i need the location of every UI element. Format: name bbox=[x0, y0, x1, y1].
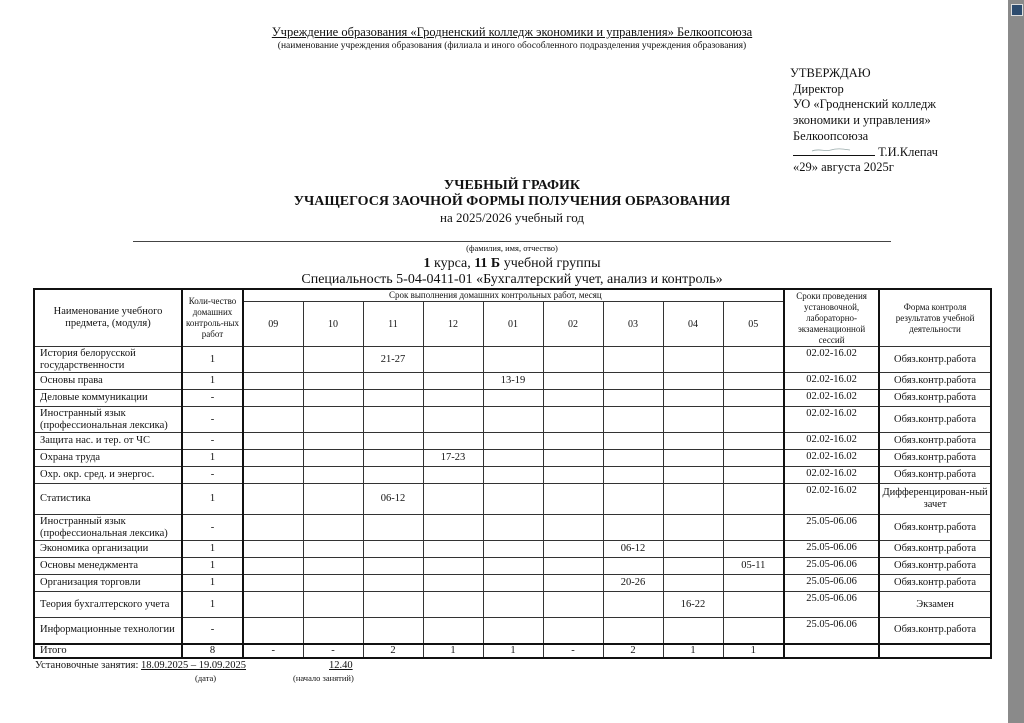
cell-month bbox=[663, 558, 723, 575]
cell-month bbox=[423, 484, 483, 515]
cell-month bbox=[303, 407, 363, 433]
header-month: 03 bbox=[603, 302, 663, 347]
header-month: 01 bbox=[483, 302, 543, 347]
cell-month bbox=[363, 515, 423, 541]
cell-session: 02.02-16.02 bbox=[784, 433, 879, 450]
cell-form: Обяз.контр.работа bbox=[879, 433, 991, 450]
cell-month bbox=[303, 575, 363, 592]
document-title: УЧЕБНЫЙ ГРАФИК УЧАЩЕГОСЯ ЗАОЧНОЙ ФОРМЫ П… bbox=[0, 178, 1024, 226]
cell-month bbox=[543, 592, 603, 618]
cell-month bbox=[423, 618, 483, 644]
cell-month bbox=[423, 347, 483, 373]
approval-date: «29» августа 2025г bbox=[790, 160, 938, 176]
cell-month bbox=[723, 575, 784, 592]
footer-dates-caption: (дата) bbox=[195, 673, 216, 683]
cell-count: 1 bbox=[182, 484, 243, 515]
cell-month bbox=[603, 467, 663, 484]
cell-month bbox=[243, 467, 303, 484]
approval-position: Директор bbox=[790, 82, 938, 98]
cell-month bbox=[723, 433, 784, 450]
cell-session: 02.02-16.02 bbox=[784, 450, 879, 467]
cell-session bbox=[784, 644, 879, 658]
cell-count: - bbox=[182, 407, 243, 433]
cell-month bbox=[423, 575, 483, 592]
header-month: 09 bbox=[243, 302, 303, 347]
cell-month: 1 bbox=[423, 644, 483, 658]
cell-month bbox=[303, 484, 363, 515]
cell-month: 20-26 bbox=[603, 575, 663, 592]
cell-count: - bbox=[182, 433, 243, 450]
course-group-line: 1 курса, 11 Б учебной группы bbox=[0, 256, 1024, 272]
cell-month bbox=[723, 390, 784, 407]
cell-month bbox=[423, 373, 483, 390]
cell-month bbox=[483, 575, 543, 592]
cell-month bbox=[423, 558, 483, 575]
cell-month: 13-19 bbox=[483, 373, 543, 390]
cell-month bbox=[543, 515, 603, 541]
cell-month bbox=[243, 592, 303, 618]
cell-subject: Защита нас. и тер. от ЧС bbox=[34, 433, 182, 450]
cell-month bbox=[603, 592, 663, 618]
cell-form: Обяз.контр.работа bbox=[879, 347, 991, 373]
cell-session: 02.02-16.02 bbox=[784, 484, 879, 515]
cell-month bbox=[723, 347, 784, 373]
cell-count: - bbox=[182, 515, 243, 541]
scanner-logo-icon bbox=[1011, 4, 1023, 16]
cell-session: 25.05-06.06 bbox=[784, 575, 879, 592]
cell-count: 1 bbox=[182, 373, 243, 390]
table-row: Экономика организации106-1225.05-06.06Об… bbox=[34, 541, 991, 558]
title-line2: УЧАЩЕГОСЯ ЗАОЧНОЙ ФОРМЫ ПОЛУЧЕНИЯ ОБРАЗО… bbox=[0, 194, 1024, 210]
approval-org-line3: Белкоопсоюза bbox=[790, 129, 938, 145]
cell-month bbox=[603, 484, 663, 515]
cell-month bbox=[543, 618, 603, 644]
schedule-table: Наименование учебного предмета, (модуля)… bbox=[33, 288, 992, 659]
cell-form: Обяз.контр.работа bbox=[879, 541, 991, 558]
cell-subject: Организация торговли bbox=[34, 575, 182, 592]
cell-form: Обяз.контр.работа bbox=[879, 618, 991, 644]
cell-count: 1 bbox=[182, 347, 243, 373]
cell-month: - bbox=[243, 644, 303, 658]
cell-month bbox=[483, 541, 543, 558]
course-text: курса, bbox=[431, 256, 475, 271]
cell-subject: Итого bbox=[34, 644, 182, 658]
cell-month bbox=[483, 347, 543, 373]
signature-scribble-icon bbox=[811, 147, 851, 153]
cell-month bbox=[303, 515, 363, 541]
table-row: Организация торговли120-2625.05-06.06Обя… bbox=[34, 575, 991, 592]
footer-dates: 18.09.2025 – 19.09.2025 bbox=[141, 660, 246, 671]
table-row: Информационные технологии-25.05-06.06Обя… bbox=[34, 618, 991, 644]
cell-month bbox=[543, 467, 603, 484]
header-subject: Наименование учебного предмета, (модуля) bbox=[34, 289, 182, 347]
cell-month: 06-12 bbox=[603, 541, 663, 558]
cell-form: Дифференцирован-ный зачет bbox=[879, 484, 991, 515]
cell-count: 8 bbox=[182, 644, 243, 658]
cell-month bbox=[363, 618, 423, 644]
table-row: Защита нас. и тер. от ЧС-02.02-16.02Обяз… bbox=[34, 433, 991, 450]
cell-month bbox=[363, 541, 423, 558]
header-session: Сроки проведения установочной, лаборатор… bbox=[784, 289, 879, 347]
cell-month bbox=[243, 373, 303, 390]
footer-start-time: 12.40 bbox=[329, 660, 353, 671]
cell-month bbox=[543, 407, 603, 433]
cell-month bbox=[303, 373, 363, 390]
cell-month bbox=[723, 450, 784, 467]
cell-subject: Теория бухгалтерского учета bbox=[34, 592, 182, 618]
cell-month bbox=[663, 433, 723, 450]
cell-month bbox=[363, 373, 423, 390]
cell-subject: Охрана труда bbox=[34, 450, 182, 467]
cell-form: Обяз.контр.работа bbox=[879, 407, 991, 433]
cell-month bbox=[603, 347, 663, 373]
scanner-side-strip bbox=[1008, 0, 1024, 723]
cell-subject: Экономика организации bbox=[34, 541, 182, 558]
cell-form: Экзамен bbox=[879, 592, 991, 618]
cell-month bbox=[483, 592, 543, 618]
cell-month bbox=[603, 618, 663, 644]
header-count: Коли-чество домашних контроль-ных работ bbox=[182, 289, 243, 347]
cell-month: 1 bbox=[723, 644, 784, 658]
cell-month bbox=[483, 467, 543, 484]
table-row: Основы права113-1902.02-16.02Обяз.контр.… bbox=[34, 373, 991, 390]
cell-month bbox=[363, 467, 423, 484]
cell-month: 17-23 bbox=[423, 450, 483, 467]
cell-form: Обяз.контр.работа bbox=[879, 373, 991, 390]
header-deadline-group: Срок выполнения домашних контрольных раб… bbox=[243, 289, 784, 302]
cell-month bbox=[723, 618, 784, 644]
cell-month bbox=[603, 373, 663, 390]
approval-org-line2: экономики и управления» bbox=[790, 113, 938, 129]
cell-month bbox=[303, 450, 363, 467]
footer-label: Установочные занятия: bbox=[35, 660, 141, 671]
cell-month bbox=[543, 433, 603, 450]
cell-month bbox=[483, 484, 543, 515]
cell-subject: Статистика bbox=[34, 484, 182, 515]
cell-month bbox=[663, 541, 723, 558]
cell-month bbox=[303, 541, 363, 558]
approval-org-line1: УО «Гродненский колледж bbox=[790, 97, 938, 113]
footer-start-caption: (начало занятий) bbox=[293, 673, 354, 683]
cell-subject: История белорусской государственности bbox=[34, 347, 182, 373]
cell-month bbox=[663, 467, 723, 484]
cell-session: 02.02-16.02 bbox=[784, 373, 879, 390]
cell-month bbox=[483, 515, 543, 541]
footer-setup-sessions: Установочные занятия: 18.09.2025 – 19.09… bbox=[35, 660, 246, 671]
cell-session: 02.02-16.02 bbox=[784, 390, 879, 407]
cell-form: Обяз.контр.работа bbox=[879, 467, 991, 484]
cell-month bbox=[303, 390, 363, 407]
cell-month: 21-27 bbox=[363, 347, 423, 373]
cell-count: 1 bbox=[182, 575, 243, 592]
header-month: 02 bbox=[543, 302, 603, 347]
cell-month bbox=[243, 433, 303, 450]
table-row: История белорусской государственности121… bbox=[34, 347, 991, 373]
cell-month bbox=[303, 592, 363, 618]
cell-session: 02.02-16.02 bbox=[784, 347, 879, 373]
table-row: Теория бухгалтерского учета116-2225.05-0… bbox=[34, 592, 991, 618]
cell-count: - bbox=[182, 618, 243, 644]
cell-month bbox=[663, 484, 723, 515]
cell-month bbox=[663, 515, 723, 541]
cell-month bbox=[483, 558, 543, 575]
organization-header: Учреждение образования «Гродненский колл… bbox=[0, 25, 1024, 51]
cell-session: 02.02-16.02 bbox=[784, 407, 879, 433]
cell-month: - bbox=[303, 644, 363, 658]
cell-subject: Информационные технологии bbox=[34, 618, 182, 644]
cell-form: Обяз.контр.работа bbox=[879, 558, 991, 575]
student-name-line bbox=[133, 241, 891, 242]
cell-subject: Деловые коммуникации bbox=[34, 390, 182, 407]
cell-month bbox=[603, 515, 663, 541]
cell-month: - bbox=[543, 644, 603, 658]
cell-month bbox=[363, 390, 423, 407]
cell-month bbox=[663, 347, 723, 373]
cell-month: 06-12 bbox=[363, 484, 423, 515]
cell-month bbox=[303, 467, 363, 484]
table-row: Охрана труда117-2302.02-16.02Обяз.контр.… bbox=[34, 450, 991, 467]
cell-month bbox=[483, 433, 543, 450]
cell-month bbox=[303, 618, 363, 644]
header-month: 11 bbox=[363, 302, 423, 347]
cell-month bbox=[243, 515, 303, 541]
cell-count: 1 bbox=[182, 541, 243, 558]
cell-month bbox=[663, 450, 723, 467]
title-line3: на 2025/2026 учебный год bbox=[0, 210, 1024, 226]
header-form: Форма контроля результатов учебной деяте… bbox=[879, 289, 991, 347]
approval-heading: УТВЕРЖДАЮ bbox=[790, 66, 938, 82]
cell-session: 25.05-06.06 bbox=[784, 618, 879, 644]
cell-month bbox=[363, 558, 423, 575]
signature-line bbox=[793, 145, 875, 156]
cell-month: 16-22 bbox=[663, 592, 723, 618]
cell-month bbox=[663, 575, 723, 592]
cell-month bbox=[243, 618, 303, 644]
header-month: 12 bbox=[423, 302, 483, 347]
cell-month bbox=[483, 618, 543, 644]
cell-month bbox=[723, 592, 784, 618]
approval-signature-row: Т.И.Клепач bbox=[790, 145, 938, 161]
header-month: 05 bbox=[723, 302, 784, 347]
cell-month bbox=[243, 484, 303, 515]
cell-month bbox=[423, 592, 483, 618]
cell-form: Обяз.контр.работа bbox=[879, 575, 991, 592]
total-row: Итого8--211-211 bbox=[34, 644, 991, 658]
cell-month bbox=[243, 541, 303, 558]
cell-month bbox=[303, 433, 363, 450]
approval-block: УТВЕРЖДАЮ Директор УО «Гродненский колле… bbox=[790, 66, 938, 176]
header-month: 04 bbox=[663, 302, 723, 347]
approval-signer: Т.И.Клепач bbox=[878, 145, 938, 159]
cell-subject: Основы менеджмента bbox=[34, 558, 182, 575]
cell-month bbox=[543, 373, 603, 390]
cell-form bbox=[879, 644, 991, 658]
cell-month bbox=[243, 347, 303, 373]
cell-month bbox=[723, 484, 784, 515]
cell-month bbox=[243, 390, 303, 407]
cell-month bbox=[663, 390, 723, 407]
cell-month bbox=[723, 373, 784, 390]
table-row: Статистика106-1202.02-16.02Дифференциров… bbox=[34, 484, 991, 515]
cell-month bbox=[603, 390, 663, 407]
group-number: 11 Б bbox=[474, 256, 500, 271]
cell-month bbox=[423, 390, 483, 407]
cell-month bbox=[603, 558, 663, 575]
organization-caption: (наименование учреждения образования (фи… bbox=[0, 41, 1024, 51]
cell-month bbox=[303, 558, 363, 575]
cell-month bbox=[723, 541, 784, 558]
cell-month bbox=[423, 541, 483, 558]
cell-form: Обяз.контр.работа bbox=[879, 515, 991, 541]
table-row: Иностранный язык (профессиональная лекси… bbox=[34, 407, 991, 433]
cell-month bbox=[543, 450, 603, 467]
course-number: 1 bbox=[424, 256, 431, 271]
cell-count: 1 bbox=[182, 592, 243, 618]
cell-month: 2 bbox=[603, 644, 663, 658]
cell-month bbox=[423, 433, 483, 450]
cell-month bbox=[543, 575, 603, 592]
cell-month: 05-11 bbox=[723, 558, 784, 575]
cell-month bbox=[423, 467, 483, 484]
cell-month bbox=[543, 558, 603, 575]
cell-month bbox=[723, 515, 784, 541]
cell-month bbox=[423, 407, 483, 433]
cell-count: 1 bbox=[182, 558, 243, 575]
organization-name: Учреждение образования «Гродненский колл… bbox=[0, 25, 1024, 40]
cell-month bbox=[243, 450, 303, 467]
cell-session: 25.05-06.06 bbox=[784, 558, 879, 575]
cell-month: 1 bbox=[483, 644, 543, 658]
cell-month bbox=[543, 390, 603, 407]
cell-subject: Охр. окр. сред. и энергос. bbox=[34, 467, 182, 484]
cell-month bbox=[543, 484, 603, 515]
cell-form: Обяз.контр.работа bbox=[879, 450, 991, 467]
cell-month bbox=[243, 558, 303, 575]
cell-month bbox=[363, 407, 423, 433]
cell-month bbox=[663, 373, 723, 390]
cell-count: 1 bbox=[182, 450, 243, 467]
cell-month bbox=[303, 347, 363, 373]
table-row: Иностранный язык (профессиональная лекси… bbox=[34, 515, 991, 541]
cell-month bbox=[663, 407, 723, 433]
cell-month bbox=[423, 515, 483, 541]
cell-month bbox=[363, 450, 423, 467]
cell-subject: Основы права bbox=[34, 373, 182, 390]
cell-month bbox=[363, 433, 423, 450]
cell-month bbox=[723, 467, 784, 484]
cell-month bbox=[363, 575, 423, 592]
cell-count: - bbox=[182, 467, 243, 484]
cell-session: 25.05-06.06 bbox=[784, 592, 879, 618]
cell-month bbox=[663, 618, 723, 644]
table-row: Охр. окр. сред. и энергос.-02.02-16.02Об… bbox=[34, 467, 991, 484]
cell-session: 25.05-06.06 bbox=[784, 541, 879, 558]
cell-count: - bbox=[182, 390, 243, 407]
specialty-line: Специальность 5-04-0411-01 «Бухгалтерски… bbox=[0, 272, 1024, 288]
cell-month: 1 bbox=[663, 644, 723, 658]
cell-month: 2 bbox=[363, 644, 423, 658]
cell-month bbox=[603, 450, 663, 467]
cell-month bbox=[483, 450, 543, 467]
table-row: Деловые коммуникации-02.02-16.02Обяз.кон… bbox=[34, 390, 991, 407]
cell-form: Обяз.контр.работа bbox=[879, 390, 991, 407]
cell-month bbox=[363, 592, 423, 618]
table-row: Основы менеджмента105-1125.05-06.06Обяз.… bbox=[34, 558, 991, 575]
student-name-caption: (фамилия, имя, отчество) bbox=[0, 243, 1024, 253]
cell-month bbox=[243, 575, 303, 592]
cell-session: 02.02-16.02 bbox=[784, 467, 879, 484]
cell-month bbox=[483, 407, 543, 433]
cell-month bbox=[543, 541, 603, 558]
cell-subject: Иностранный язык (профессиональная лекси… bbox=[34, 407, 182, 433]
title-line1: УЧЕБНЫЙ ГРАФИК bbox=[0, 178, 1024, 194]
group-text: учебной группы bbox=[500, 256, 600, 271]
cell-session: 25.05-06.06 bbox=[784, 515, 879, 541]
cell-month bbox=[603, 433, 663, 450]
cell-month bbox=[543, 347, 603, 373]
cell-subject: Иностранный язык (профессиональная лекси… bbox=[34, 515, 182, 541]
cell-month bbox=[483, 390, 543, 407]
cell-month bbox=[723, 407, 784, 433]
header-month: 10 bbox=[303, 302, 363, 347]
cell-month bbox=[243, 407, 303, 433]
cell-month bbox=[603, 407, 663, 433]
